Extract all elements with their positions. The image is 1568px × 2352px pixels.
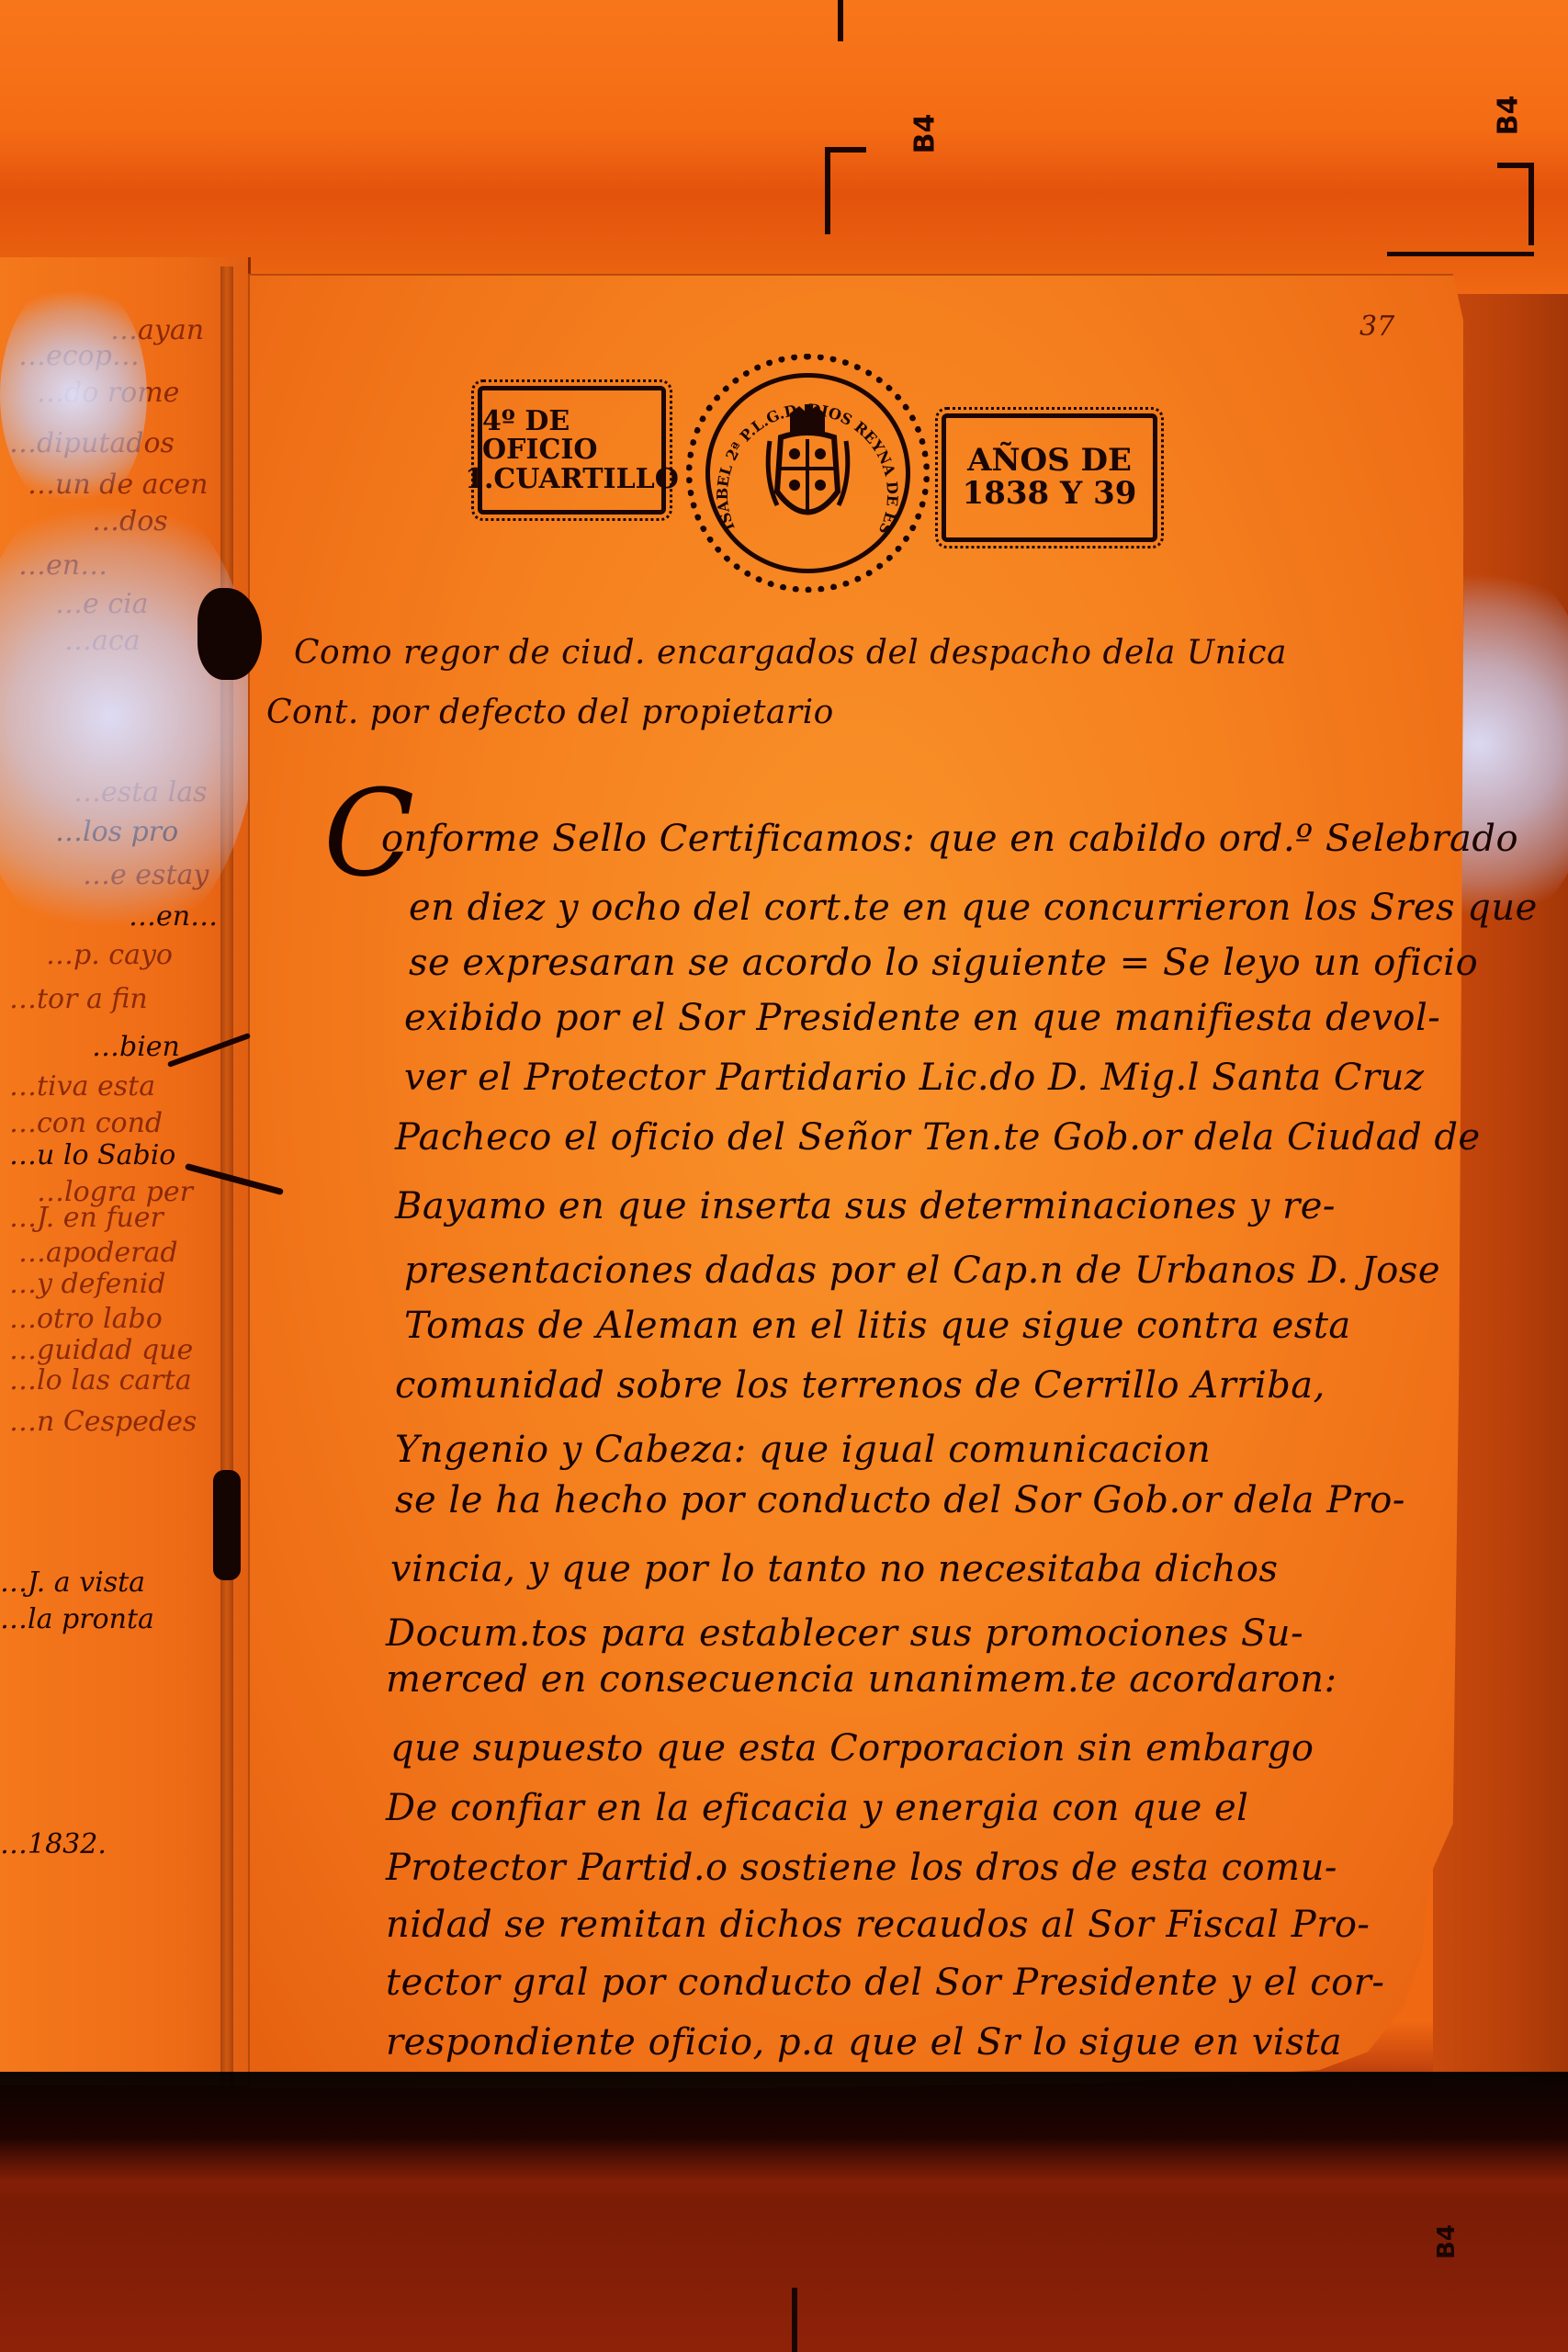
body-line: exibido por el Sor Presidente en que man…: [404, 997, 1440, 1039]
body-line: merced en consecuencia unanimem.te acord…: [386, 1658, 1337, 1701]
body-line: onforme Sello Certificamos: que en cabil…: [381, 818, 1518, 860]
body-line: se le ha hecho por conducto del Sor Gob.…: [395, 1479, 1405, 1521]
crop-label-bottom-right: B4: [1433, 2224, 1461, 2259]
facing-text: …J. a vista: [0, 1566, 145, 1599]
crop-label-top-left: B4: [908, 114, 941, 154]
coat-of-arms-icon: [764, 404, 852, 542]
crop-tick-top: [838, 0, 843, 41]
facing-text: …1832.: [0, 1828, 107, 1860]
mold-spot: [0, 276, 147, 514]
body-line: en diez y ocho del cort.te en que concur…: [409, 887, 1538, 929]
header-line-2: Cont. por defecto del propietario: [266, 694, 834, 731]
body-line: Pacheco el oficio del Señor Ten.te Gob.o…: [395, 1116, 1481, 1159]
body-line: Tomas de Aleman en el litis que sigue co…: [404, 1305, 1351, 1347]
stamp-years-value: 1838 Y 39: [963, 478, 1137, 511]
stamp-box-left: 4º DE OFICIO 1.CUARTILLO: [478, 386, 666, 514]
body-line: De confiar en la eficacia y energia con …: [386, 1787, 1248, 1829]
crop-label-top-right: B4: [1492, 96, 1524, 136]
body-line: ver el Protector Partidario Lic.do D. Mi…: [404, 1057, 1424, 1099]
facing-text: …lo las carta: [9, 1364, 192, 1396]
body-line: Yngenio y Cabeza: que igual comunicacion: [395, 1429, 1211, 1471]
facing-text: …J. en fuer: [9, 1202, 164, 1234]
page-shadow: [0, 2072, 1568, 2182]
royal-seal: ISABEL 2ª P.L.G.D. DIOS REYNA DE ESP. Y …: [686, 354, 930, 593]
body-line: nidad se remitan dichos recaudos al Sor …: [386, 1904, 1370, 1946]
body-line: Bayamo en que inserta sus determinacione…: [395, 1185, 1336, 1227]
body-line: presentaciones dadas por el Cap.n de Urb…: [404, 1249, 1440, 1292]
stamp-cuartillo-label: 1.CUARTILLO: [465, 465, 679, 494]
facing-text: …n Cespedes: [9, 1406, 197, 1438]
facing-text: …tor a fin: [9, 983, 148, 1015]
facing-text: …bien: [92, 1031, 180, 1063]
body-line: vincia, y que por lo tanto no necesitaba…: [390, 1548, 1279, 1590]
facing-text: …apoderad: [18, 1237, 178, 1269]
header-line-1: Como regor de ciud. encargados del despa…: [294, 634, 1287, 672]
facing-text: …u lo Sabio: [9, 1139, 175, 1171]
body-line: Protector Partid.o sostiene los dros de …: [386, 1847, 1337, 1889]
body-line: se expresaran se acordo lo siguiente = S…: [409, 942, 1478, 984]
facing-text: …con cond: [9, 1107, 163, 1139]
stamp-box-right: AÑOS DE 1838 Y 39: [942, 413, 1157, 542]
body-line: tector gral por conducto del Sor Preside…: [386, 1962, 1384, 2004]
facing-text: …otro labo: [9, 1303, 163, 1335]
stamp-years-label: AÑOS DE: [967, 445, 1132, 478]
stamp-office-label: 4º DE OFICIO: [482, 407, 661, 465]
facing-text: …guidad que: [9, 1334, 193, 1366]
body-line: respondiente oficio, p.a que el Sr lo si…: [386, 2021, 1342, 2064]
tax-stamp: 4º DE OFICIO 1.CUARTILLO ISABEL 2ª P.L.G…: [473, 349, 1171, 597]
body-line: que supuesto que esta Corporacion sin em…: [390, 1727, 1314, 1770]
folio-number: 37: [1359, 311, 1394, 343]
crop-tick-bottom: [792, 2288, 797, 2352]
ink-flourish: [213, 1470, 241, 1580]
facing-text: …tiva esta: [9, 1070, 155, 1102]
facing-text: …y defenid: [9, 1268, 165, 1300]
facing-text: …la pronta: [0, 1603, 154, 1635]
body-line: Docum.tos para establecer sus promocione…: [386, 1612, 1303, 1655]
body-line: comunidad sobre los terrenos de Cerrillo…: [395, 1364, 1325, 1407]
